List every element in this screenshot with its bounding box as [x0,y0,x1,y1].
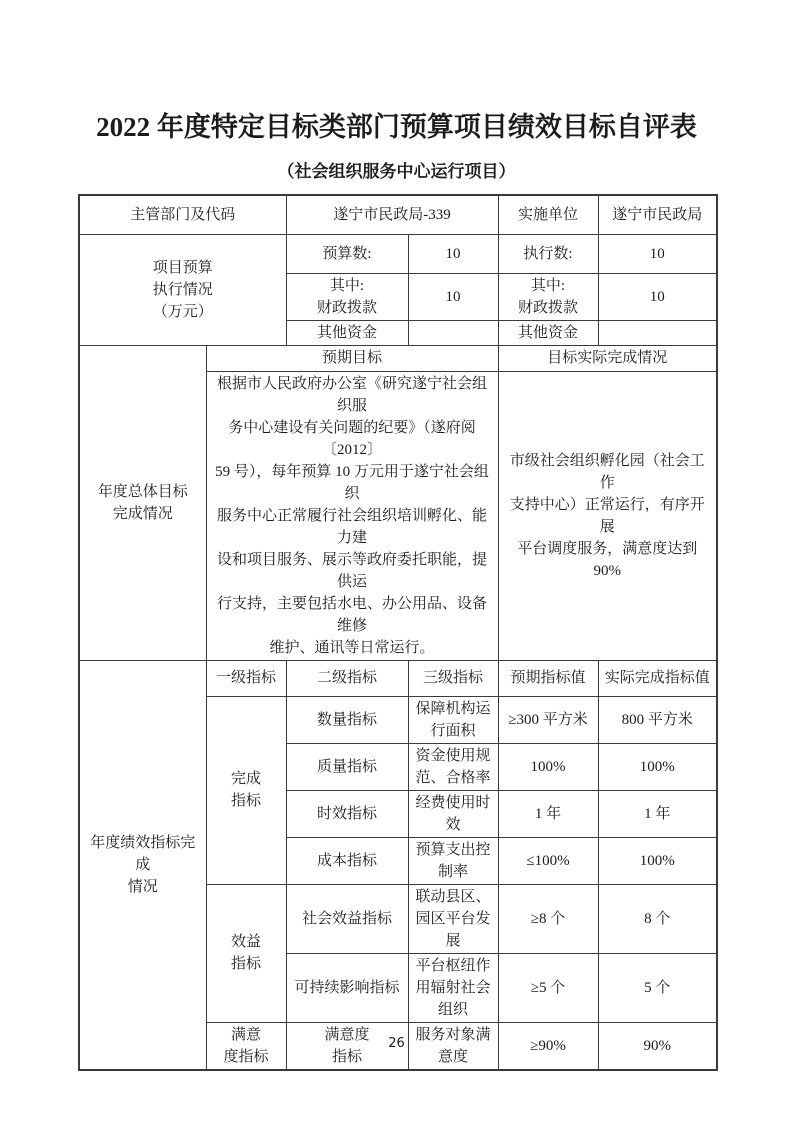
indicator-level3-cell: 联动县区、 园区平台发 展 [408,884,498,953]
indicator-level3-cell: 预算支出控 制率 [408,837,498,884]
indicator-level2-cell: 质量指标 [286,743,408,790]
impl-unit-label: 实施单位 [498,195,598,234]
budget-other-exec-label: 其他资金 [498,320,598,345]
budget-executed-label: 执行数: [498,234,598,273]
budget-fiscal-value: 10 [408,273,498,320]
budget-other-label: 其他资金 [286,320,408,345]
budget-other-value [408,320,498,345]
indicator-actual-cell: 5 个 [598,953,717,1022]
indicator-level2-cell: 社会效益指标 [286,884,408,953]
indicator-group-label: 完成 指标 [206,696,286,884]
indicator-level2-cell: 成本指标 [286,837,408,884]
indicator-expected-cell: ≥8 个 [498,884,598,953]
col-header-level3: 三级指标 [408,660,498,696]
budget-fiscal-exec-label: 其中: 财政拨款 [498,273,598,320]
indicator-level3-cell: 保障机构运 行面积 [408,696,498,743]
indicator-level3-cell: 经费使用时效 [408,790,498,837]
actual-goal-text: 市级社会组织孵化园（社会工作 支持中心）正常运行，有序开展 平台调度服务，满意度… [498,371,717,660]
page-number: 26 [0,1036,793,1052]
self-evaluation-table: 主管部门及代码 遂宁市民政局-339 实施单位 遂宁市民政局 项目预算 执行情况… [78,194,718,1071]
expected-goal-text: 根据市人民政府办公室《研究遂宁社会组织服 务中心建设有关问题的纪要》（遂府阅〔2… [206,371,498,660]
page-subtitle: （社会组织服务中心运行项目） [0,158,793,186]
dept-code-value: 遂宁市民政局-339 [286,195,498,234]
indicator-actual-cell: 8 个 [598,884,717,953]
col-header-expected: 预期指标值 [498,660,598,696]
indicator-expected-cell: ≥300 平方米 [498,696,598,743]
col-header-level1: 一级指标 [206,660,286,696]
budget-planned-value: 10 [408,234,498,273]
table-row: 年度绩效指标完成 情况 一级指标 二级指标 三级指标 预期指标值 实际完成指标值 [79,660,717,696]
indicator-group-label: 效益 指标 [206,884,286,1022]
budget-fiscal-exec-value: 10 [598,273,717,320]
indicator-level2-cell: 时效指标 [286,790,408,837]
indicator-actual-cell: 100% [598,743,717,790]
expected-goal-header: 预期目标 [206,345,498,371]
indicator-expected-cell: 100% [498,743,598,790]
indicator-level3-cell: 资金使用规 范、合格率 [408,743,498,790]
indicator-level3-cell: 平台枢纽作 用辐射社会 组织 [408,953,498,1022]
indicator-level2-cell: 数量指标 [286,696,408,743]
actual-goal-header: 目标实际完成情况 [498,345,717,371]
indicators-section-label: 年度绩效指标完成 情况 [79,660,206,1070]
document-page: 2022 年度特定目标类部门预算项目绩效目标自评表 （社会组织服务中心运行项目）… [0,0,793,1122]
indicator-actual-cell: 1 年 [598,790,717,837]
indicator-expected-cell: ≥5 个 [498,953,598,1022]
table-row: 项目预算 执行情况 （万元） 预算数: 10 执行数: 10 [79,234,717,273]
page-title: 2022 年度特定目标类部门预算项目绩效目标自评表 [0,106,793,148]
indicator-expected-cell: ≤100% [498,837,598,884]
indicator-actual-cell: 800 平方米 [598,696,717,743]
budget-section-label: 项目预算 执行情况 （万元） [79,234,286,345]
dept-code-label: 主管部门及代码 [79,195,286,234]
budget-planned-label: 预算数: [286,234,408,273]
budget-fiscal-label: 其中: 财政拨款 [286,273,408,320]
impl-unit-value: 遂宁市民政局 [598,195,717,234]
indicator-expected-cell: 1 年 [498,790,598,837]
col-header-actual: 实际完成指标值 [598,660,717,696]
budget-executed-value: 10 [598,234,717,273]
col-header-level2: 二级指标 [286,660,408,696]
indicator-actual-cell: 100% [598,837,717,884]
annual-goal-section-label: 年度总体目标 完成情况 [79,345,206,660]
table-row: 主管部门及代码 遂宁市民政局-339 实施单位 遂宁市民政局 [79,195,717,234]
budget-other-exec-value [598,320,717,345]
table-row: 年度总体目标 完成情况 预期目标 目标实际完成情况 [79,345,717,371]
indicator-level2-cell: 可持续影响指标 [286,953,408,1022]
